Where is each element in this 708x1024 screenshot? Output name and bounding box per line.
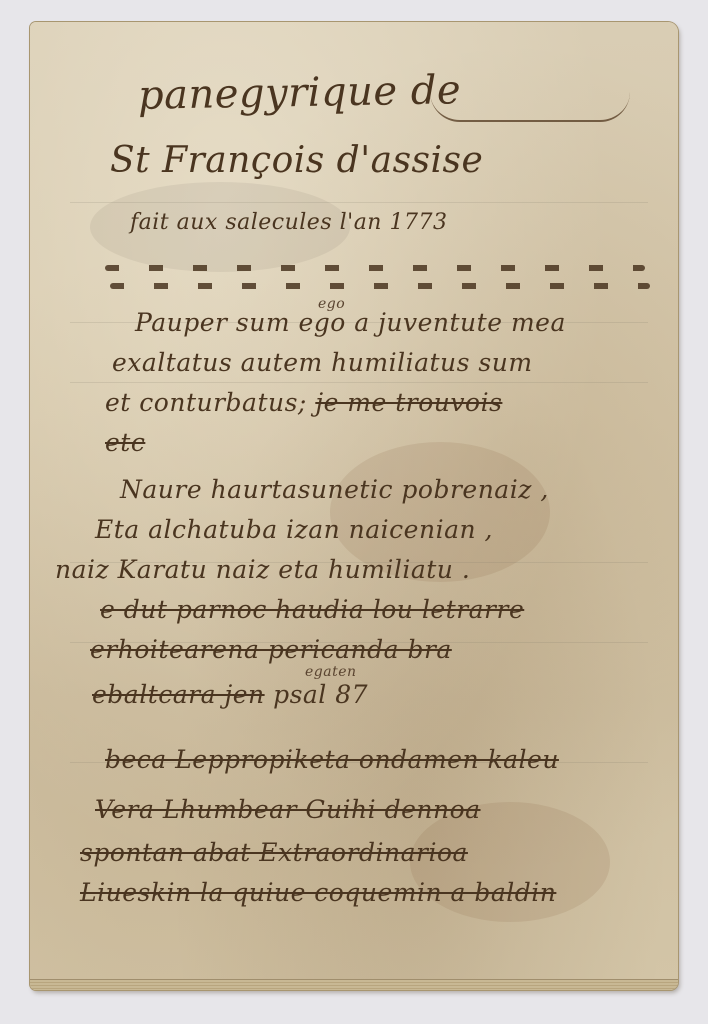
struck-text: e dut parnoc haudia lou letrarre (100, 595, 524, 624)
text-line: et conturbatus; je me trouvois (105, 388, 502, 417)
struck-text: beca Leppropiketa ondamen kaleu (105, 745, 559, 774)
interlinear-insert: egaten (305, 664, 357, 680)
title-line-3: fait aux salecules l'an 1773 (130, 210, 447, 235)
title-line-2: St François d'assise (110, 140, 483, 181)
title-line-1: panegyrique de (138, 67, 462, 119)
text-line: Pauper sum ego a juventute mea (135, 308, 566, 337)
text-line: exaltatus autem humiliatus sum (112, 348, 533, 377)
struck-text: erhoitearena pericanda bra (90, 635, 452, 664)
title-flourish (430, 92, 630, 122)
struck-text: spontan abat Extraordinarioa (80, 838, 468, 867)
struck-text: je me trouvois (315, 388, 502, 417)
bleed-through-line (70, 202, 648, 203)
divider-dashes (110, 283, 650, 289)
text-line: ebaltcara jen psal 87 (92, 680, 368, 709)
struck-text: ebaltcara jen (92, 680, 265, 709)
text-fragment: et conturbatus; (105, 388, 307, 417)
bleed-through-line (70, 382, 648, 383)
struck-text: Vera Lhumbear Guihi dennoa (95, 795, 481, 824)
text-line: Eta alchatuba izan naicenian , (95, 515, 493, 544)
psalm-reference: psal 87 (273, 680, 368, 709)
struck-text: etc (105, 428, 145, 457)
divider-dashes (105, 265, 645, 271)
text-line: naiz Karatu naiz eta humiliatu . (55, 555, 470, 584)
text-line: Naure haurtasunetic pobrenaiz , (120, 475, 549, 504)
struck-text: Liueskin la quiue coquemin a baldin (80, 878, 556, 907)
